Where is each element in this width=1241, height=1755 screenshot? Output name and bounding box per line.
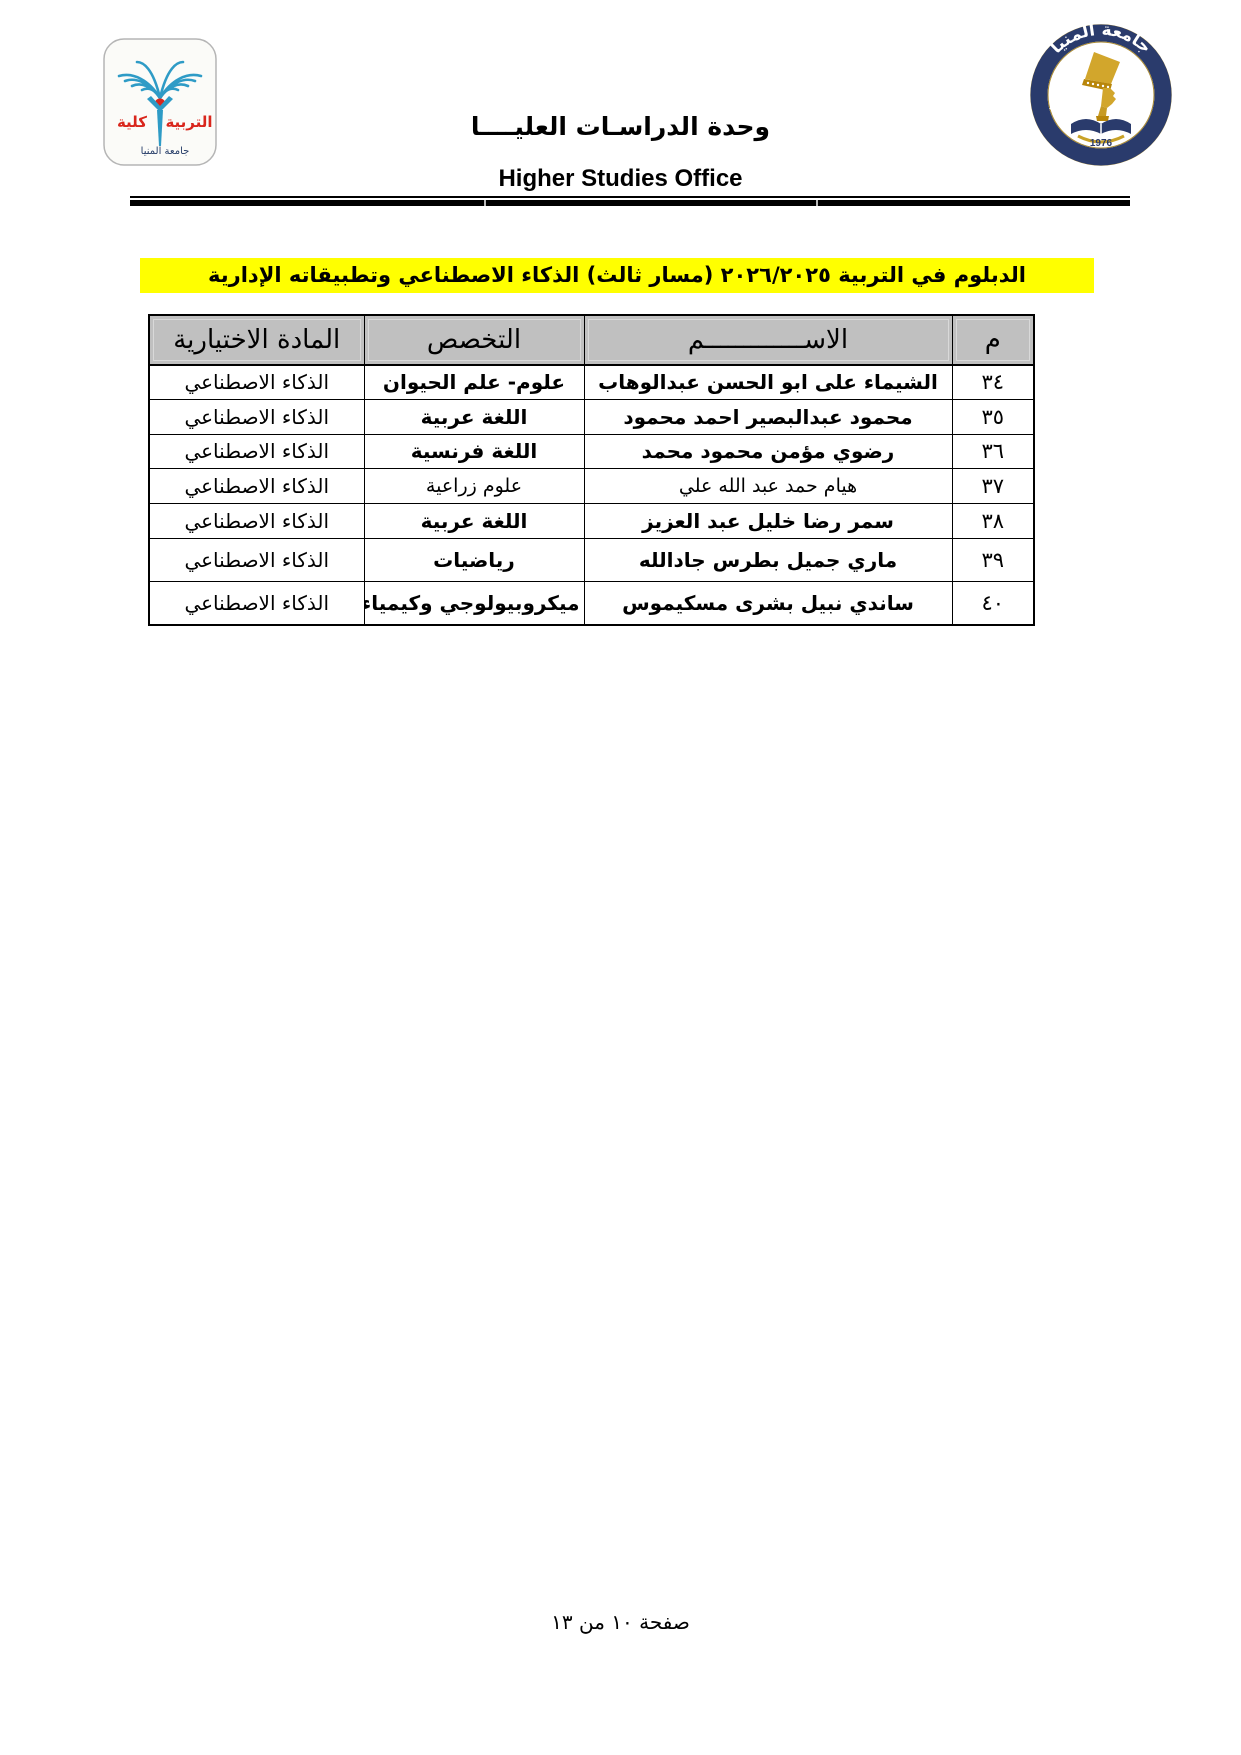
table-row: ٣٥ محمود عبدالبصير احمد محمود اللغة عربي… <box>149 399 1034 434</box>
cell-name: محمود عبدالبصير احمد محمود <box>584 399 952 434</box>
cell-number: ٤٠ <box>952 581 1034 625</box>
cell-number: ٣٩ <box>952 538 1034 581</box>
cell-name: رضوي مؤمن محمود محمد <box>584 434 952 468</box>
table-header-row: م الاســـــــــــــم التخصص المادة الاخت… <box>149 315 1034 365</box>
cell-specialization: اللغة فرنسية <box>364 434 584 468</box>
cell-specialization: اللغة عربية <box>364 503 584 538</box>
cell-elective: الذكاء الاصطناعي <box>149 538 364 581</box>
table-row: ٣٤ الشيماء على ابو الحسن عبدالوهاب علوم-… <box>149 365 1034 399</box>
cell-number: ٣٨ <box>952 503 1034 538</box>
cell-number: ٣٧ <box>952 468 1034 503</box>
cell-specialization: علوم- علم الحيوان <box>364 365 584 399</box>
table-row: ٣٦ رضوي مؤمن محمود محمد اللغة فرنسية الذ… <box>149 434 1034 468</box>
page-number: صفحة ١٠ من ١٣ <box>0 1610 1241 1634</box>
document-page: كلية التربية جامعة المنيا جامعة المنيا M… <box>0 0 1241 1755</box>
cell-specialization: اللغة عربية <box>364 399 584 434</box>
cell-name: ساندي نبيل بشرى مسكيموس <box>584 581 952 625</box>
cell-elective: الذكاء الاصطناعي <box>149 503 364 538</box>
table-row: ٣٩ ماري جميل بطرس جادالله رياضيات الذكاء… <box>149 538 1034 581</box>
cell-number: ٣٤ <box>952 365 1034 399</box>
cell-name: ماري جميل بطرس جادالله <box>584 538 952 581</box>
cell-elective: الذكاء الاصطناعي <box>149 399 364 434</box>
faculty-logo-text-bottom: جامعة المنيا <box>141 146 190 157</box>
cell-elective: الذكاء الاصطناعي <box>149 365 364 399</box>
cell-name: سمر رضا خليل عبد العزيز <box>584 503 952 538</box>
table-row: ٣٨ سمر رضا خليل عبد العزيز اللغة عربية ا… <box>149 503 1034 538</box>
cell-specialization: رياضيات <box>364 538 584 581</box>
unit-title-arabic: وحدة الدراسـات العليــــا <box>0 112 1241 141</box>
cell-number: ٣٥ <box>952 399 1034 434</box>
minia-university-logo-icon: جامعة المنيا MINIA UNIVERSITY 1976 <box>1030 24 1172 166</box>
cell-specialization: علوم زراعية <box>364 468 584 503</box>
column-header-specialization: التخصص <box>364 315 584 365</box>
header-divider <box>130 196 1130 206</box>
diploma-title-bar: الدبلوم في التربية ٢٠٢٦/٢٠٢٥ (مسار ثالث)… <box>140 258 1094 293</box>
students-table: م الاســـــــــــــم التخصص المادة الاخت… <box>148 314 1035 626</box>
cell-name: الشيماء على ابو الحسن عبدالوهاب <box>584 365 952 399</box>
column-header-name: الاســـــــــــــم <box>584 315 952 365</box>
faculty-of-education-logo-icon: كلية التربية جامعة المنيا <box>103 38 217 166</box>
cell-name: هيام حمد عبد الله علي <box>584 468 952 503</box>
unit-title-english: Higher Studies Office <box>0 165 1241 193</box>
cell-elective: الذكاء الاصطناعي <box>149 468 364 503</box>
table-row: ٣٧ هيام حمد عبد الله علي علوم زراعية الذ… <box>149 468 1034 503</box>
column-header-elective: المادة الاختيارية <box>149 315 364 365</box>
table-row: ٤٠ ساندي نبيل بشرى مسكيموس ميكروبيولوجي … <box>149 581 1034 625</box>
cell-elective: الذكاء الاصطناعي <box>149 581 364 625</box>
cell-number: ٣٦ <box>952 434 1034 468</box>
cell-specialization: ميكروبيولوجي وكيمياء <box>364 581 584 625</box>
cell-elective: الذكاء الاصطناعي <box>149 434 364 468</box>
column-header-number: م <box>952 315 1034 365</box>
